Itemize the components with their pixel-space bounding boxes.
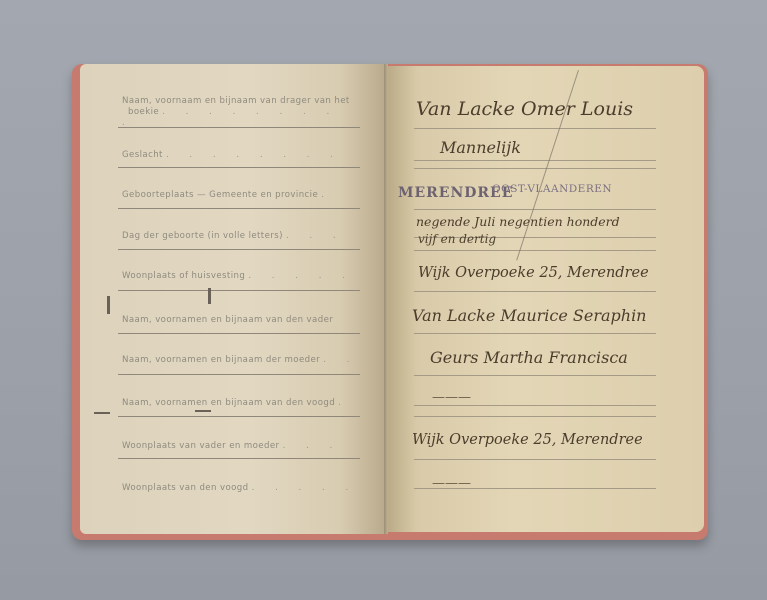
field-rule <box>118 167 360 168</box>
field-label-text: Woonplaats of huisvesting <box>122 271 245 281</box>
entry-guardian-residence-blank: ——— <box>432 476 471 491</box>
field-label-text: Naam, voornamen en bijnaam van den voogd <box>122 398 335 408</box>
field-label-text: Woonplaats van vader en moeder <box>122 441 279 451</box>
field-label-birthdate: Dag der geboorte (in volle letters) . . … <box>122 231 360 242</box>
staple-mark <box>107 296 110 314</box>
field-rule <box>118 127 360 128</box>
field-label-text: Naam, voornamen en bijnaam der moeder <box>122 355 320 365</box>
entry-rule <box>414 375 656 376</box>
dot-leader: . <box>338 398 350 408</box>
field-rule <box>118 333 360 334</box>
stamp-province: OOST-VLAANDEREN <box>492 183 612 195</box>
field-label-residence: Woonplaats of huisvesting . . . . . <box>122 271 360 282</box>
dot-leader: . . . . . <box>252 483 358 493</box>
entry-rule <box>414 291 656 292</box>
entry-rule <box>414 333 656 334</box>
entry-parents-residence: Wijk Overpoeke 25, Merendree <box>412 432 643 448</box>
staple-mark <box>208 288 211 304</box>
dot-leader: . <box>321 190 333 200</box>
field-label-guardian: Naam, voornamen en bijnaam van den voogd… <box>122 398 360 409</box>
left-page <box>80 64 386 534</box>
entry-guardian-blank: ——— <box>432 390 471 405</box>
entry-birthdate-line2: vijf en dertig <box>418 232 496 246</box>
dot-leader: . . . . . <box>248 271 354 281</box>
entry-name: Van Lacke Omer Louis <box>416 98 633 120</box>
field-rule <box>118 374 360 375</box>
entry-rule <box>414 459 656 460</box>
field-label-guardian-residence: Woonplaats van den voogd . . . . . <box>122 483 360 494</box>
field-rule <box>118 416 360 417</box>
dot-leader: . . <box>323 355 358 365</box>
field-label-father: Naam, voornamen en bijnaam van den vader <box>122 315 360 326</box>
entry-father: Van Lacke Maurice Seraphin <box>412 306 646 325</box>
field-rule <box>118 208 360 209</box>
staple-mark <box>195 410 211 412</box>
field-label-parents-residence: Woonplaats van vader en moeder . . . . <box>122 441 360 463</box>
entry-residence: Wijk Overpoeke 25, Merendree <box>418 265 649 281</box>
field-label-birthplace: Geboorteplaats — Gemeente en provincie . <box>122 190 360 201</box>
staple-mark <box>94 412 110 414</box>
right-page <box>386 66 704 532</box>
entry-birthdate-line1: negende Juli negentien honderd <box>416 214 620 229</box>
field-label-text: Dag der geboorte (in volle letters) <box>122 231 283 241</box>
field-label-text: Naam, voornaam en bijnaam van drager van… <box>122 96 350 106</box>
booklet-spine <box>384 64 388 534</box>
entry-rule <box>414 416 656 417</box>
field-label-text: boekie <box>122 107 159 117</box>
entry-rule <box>414 160 656 161</box>
field-rule <box>118 458 360 459</box>
dot-leader: . . . <box>286 231 345 241</box>
field-label-text: Naam, voornamen en bijnaam van den vader <box>122 315 333 325</box>
field-rule <box>118 249 360 250</box>
entry-rule <box>414 405 656 406</box>
field-label-name: Naam, voornaam en bijnaam van drager van… <box>122 96 360 129</box>
entry-rule <box>414 209 656 210</box>
field-label-sex: Geslacht . . . . . . . . . <box>122 150 360 172</box>
field-label-mother: Naam, voornamen en bijnaam der moeder . … <box>122 355 360 366</box>
field-rule <box>118 290 360 291</box>
entry-rule <box>414 128 656 129</box>
entry-rule <box>414 168 656 169</box>
entry-mother: Geurs Martha Francisca <box>430 348 628 367</box>
field-label-text: Woonplaats van den voogd <box>122 483 248 493</box>
field-label-text: Geboorteplaats — Gemeente en provincie <box>122 190 318 200</box>
field-label-text: Geslacht <box>122 150 163 160</box>
entry-sex: Mannelijk <box>440 138 521 157</box>
entry-rule <box>414 250 656 251</box>
